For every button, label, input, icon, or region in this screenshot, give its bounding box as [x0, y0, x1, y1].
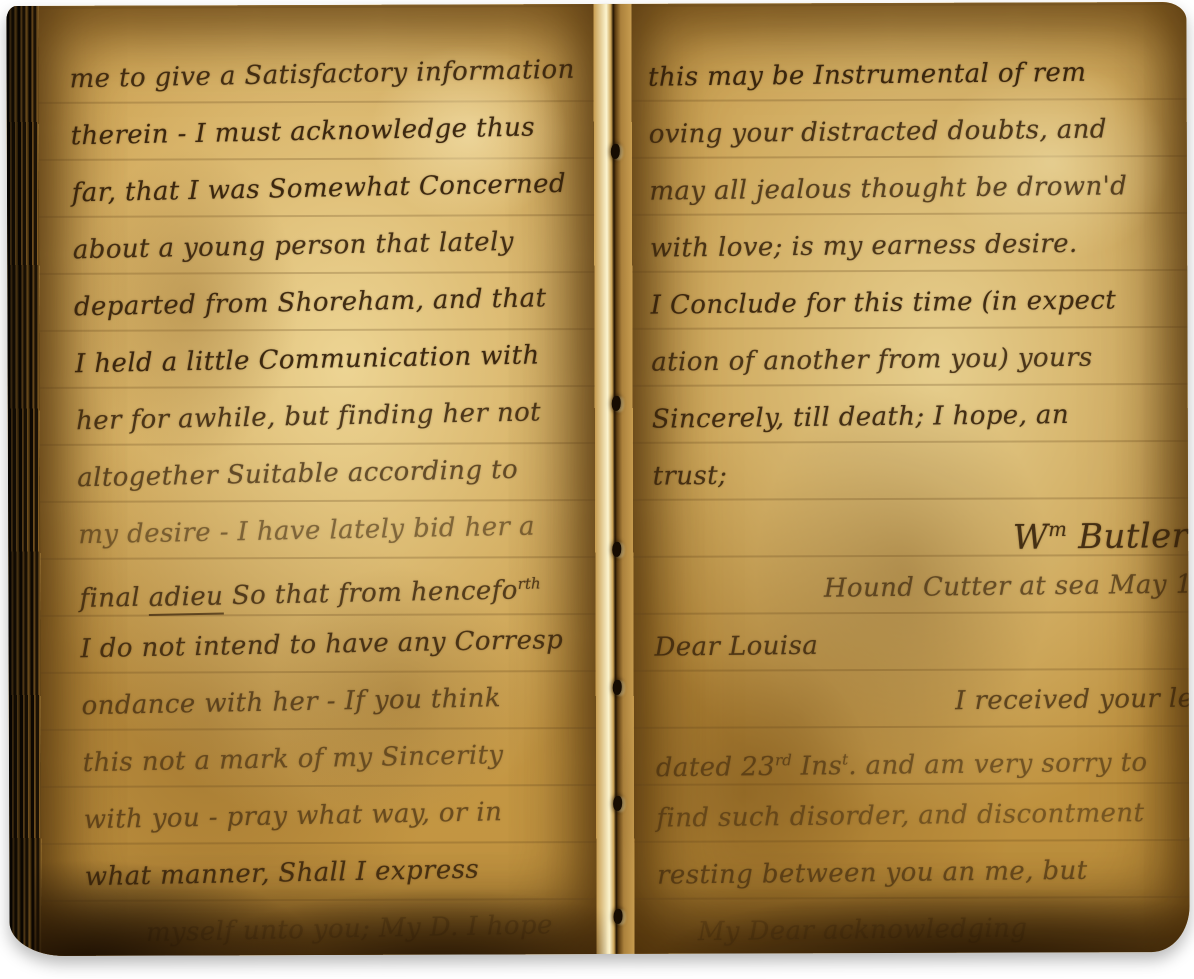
left-page: me to give a Satisfactory informationthe…	[38, 4, 596, 956]
line-text: I received your letter	[955, 683, 1190, 716]
manuscript-line: me to give a Satisfactory information	[69, 41, 591, 108]
manuscript-line: oving your distracted doubts, and	[648, 101, 1184, 164]
superscript: m	[1048, 518, 1067, 541]
manuscript-line: with love; is my earness desire.	[650, 215, 1186, 278]
line-text: Hound Cutter at sea May 1	[824, 570, 1190, 604]
line-text: altogether Suitable according to	[77, 455, 518, 493]
line-text: ation of another from you) yours	[651, 343, 1093, 378]
manuscript-photo: { "document": { "kind": "handwritten let…	[0, 0, 1194, 979]
manuscript-line: I Conclude for this time (in expect	[650, 272, 1186, 335]
manuscript-line: I do not intend to have any Corresp	[80, 611, 602, 678]
line-text: resting between you an me, but	[657, 856, 1088, 891]
binding-stitch	[612, 396, 621, 411]
manuscript-line: Hound Cutter at sea May 1	[654, 557, 1190, 620]
manuscript-line: this may be Instrumental of rem	[648, 44, 1184, 107]
manuscript-line: final adieu So that from henceforth	[79, 554, 601, 621]
line-text: dated 23	[656, 752, 776, 783]
line-text: this not a mark of my Sincerity	[82, 740, 503, 778]
manuscript-line: with you - pray what way, or in	[83, 782, 605, 849]
line-text: Sincerely, till death; I hope, an	[652, 400, 1069, 435]
binding-stitch	[613, 680, 622, 695]
line-text: therein - I must acknowledge thus	[70, 112, 535, 151]
line-text: with you - pray what way, or in	[84, 797, 503, 835]
right-page-text: this may be Instrumental of removing you…	[631, 10, 1189, 954]
manuscript-line: her for awhile, but finding her not	[76, 383, 598, 450]
manuscript-line: this not a mark of my Sincerity	[82, 725, 604, 792]
line-text: what manner, Shall I express	[85, 855, 480, 893]
line-text: departed from Shoreham, and that	[74, 283, 547, 322]
line-text: Ins	[792, 751, 843, 782]
manuscript-line: Dear Louisa	[654, 614, 1189, 677]
manuscript-line: may all jealous thought be drown'd	[649, 158, 1185, 221]
line-text: My Dear acknowledging	[698, 913, 1028, 947]
binding-gutter	[593, 4, 634, 954]
manuscript-line: altogether Suitable according to	[77, 440, 599, 507]
line-text: Butler	[1067, 516, 1189, 557]
line-text: this may be Instrumental of rem	[648, 58, 1087, 93]
manuscript-line: trust;	[652, 443, 1188, 506]
binding-stitch	[614, 909, 623, 924]
line-text: W	[1013, 518, 1049, 558]
manuscript-line: resting between you an me, but	[657, 842, 1190, 905]
manuscript-line: find such disorder, and discontment	[656, 785, 1189, 848]
page-stack-edges	[6, 6, 41, 956]
line-text: Dear Louisa	[654, 631, 818, 663]
manuscript-line: dated 23rd Inst. and am very sorry to	[656, 728, 1190, 791]
line-text: with love; is my earness desire.	[650, 229, 1078, 264]
manuscript-line: far, that I was Somewhat Concerned	[71, 155, 593, 222]
line-text: find such disorder, and discontment	[656, 798, 1144, 834]
line-text: I held a little Communication with	[75, 340, 540, 379]
line-text: me to give a Satisfactory information	[69, 55, 575, 95]
binding-stitch	[612, 542, 621, 557]
line-text: I do not intend to have any Corresp	[80, 625, 563, 664]
line-text: oving your distracted doubts, and	[649, 114, 1107, 149]
manuscript-line: I held a little Communication with	[75, 326, 597, 393]
manuscript-line: I received your letter	[655, 671, 1190, 734]
line-text: may all jealous thought be drown'd	[649, 171, 1127, 206]
line-text: myself unto you; My D. I hope	[146, 910, 553, 948]
manuscript-line: departed from Shoreham, and that	[73, 269, 595, 336]
manuscript-line: what manner, Shall I express	[84, 839, 606, 906]
line-text: far, that I was Somewhat Concerned	[71, 169, 566, 208]
superscript: rth	[517, 574, 540, 592]
superscript: rd	[775, 751, 792, 769]
line-text: my desire - I have lately bid her a	[78, 512, 535, 551]
manuscript-line: Wm Butler	[653, 500, 1189, 563]
binding-stitch	[613, 796, 622, 811]
line-text: about a young person that lately	[73, 227, 515, 265]
right-page: this may be Instrumental of removing you…	[631, 2, 1189, 954]
line-text: . and am very sorry to	[848, 748, 1148, 781]
line-text: So that from hencefo	[223, 576, 518, 612]
underlined-word: adieu	[148, 581, 223, 615]
line-text: final	[79, 583, 149, 614]
manuscript-line: My Dear acknowledging	[657, 899, 1189, 956]
left-page-text: me to give a Satisfactory informationthe…	[38, 7, 611, 955]
manuscript-line: ation of another from you) yours	[651, 329, 1187, 392]
manuscript-line: my desire - I have lately bid her a	[78, 497, 600, 564]
line-text: trust;	[652, 461, 727, 492]
letter-book: me to give a Satisfactory informationthe…	[6, 2, 1189, 956]
manuscript-line: myself unto you; My D. I hope	[85, 896, 607, 956]
manuscript-line: therein - I must acknowledge thus	[70, 98, 592, 165]
manuscript-line: about a young person that lately	[72, 212, 594, 279]
binding-stitch	[611, 144, 620, 159]
line-text: her for awhile, but finding her not	[76, 397, 541, 436]
line-text: ondance with her - If you think	[81, 683, 501, 721]
line-text: I Conclude for this time (in expect	[651, 285, 1117, 320]
manuscript-line: ondance with her - If you think	[81, 668, 603, 735]
manuscript-line: Sincerely, till death; I hope, an	[652, 386, 1188, 449]
